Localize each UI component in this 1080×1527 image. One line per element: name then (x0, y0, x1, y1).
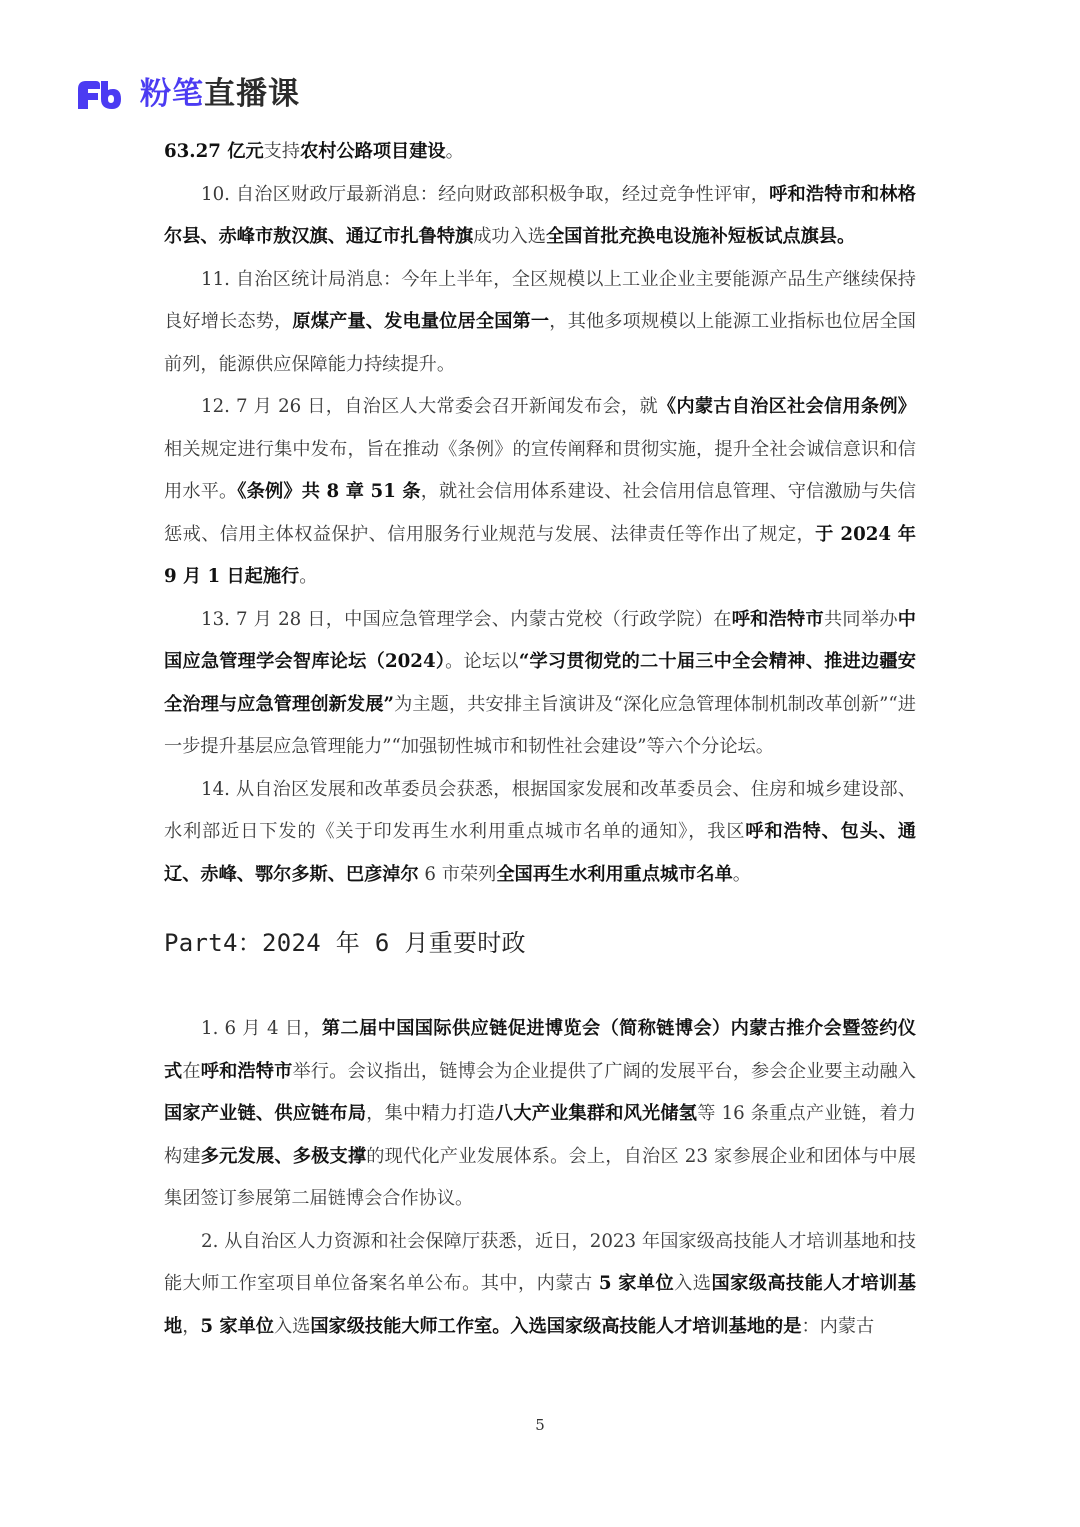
bold-text-run: 农村公路项目建设 (300, 141, 446, 162)
news-paragraph: 12. 7 月 26 日，自治区人大常委会召开新闻发布会，就《内蒙古自治区社会信… (164, 386, 916, 599)
bold-text-run: 原煤产量、发电量位居全国第一 (292, 311, 549, 332)
bold-text-run: 国家级技能大师工作室。入选国家级高技能人才培训基地的是 (310, 1316, 801, 1337)
text-run: ，集中精力打造 (366, 1103, 495, 1124)
bold-text-run: 《条例》共 8 章 51 条 (237, 481, 420, 502)
news-paragraph: 11. 自治区统计局消息：今年上半年，全区规模以上工业企业主要能源产品生产继续保… (164, 259, 916, 387)
text-run: 入选 (674, 1273, 711, 1294)
text-run: 13. 7 月 28 日，中国应急管理学会、内蒙古党校（行政学院）在 (201, 609, 732, 630)
bold-text-run: 《内蒙古自治区社会信用条例》 (658, 396, 916, 417)
brand-name: 粉笔直播课 (140, 74, 300, 114)
bold-text-run: 多元发展、多极支撑 (201, 1146, 366, 1167)
text-run: 1. 6 月 4 日， (201, 1018, 322, 1039)
text-run: 。论坛以 (445, 651, 519, 672)
text-run: 10. 自治区财政厅最新消息：经向财政部积极争取，经过竞争性评审， (201, 184, 769, 205)
text-run: 支持 (264, 141, 300, 162)
bold-text-run: 呼和浩特市 (201, 1061, 293, 1082)
text-run: 举行。会议指出，链博会为企业提供了广阔的发展平台，参会企业要主动融入 (292, 1061, 916, 1082)
document-body: 63.27 亿元支持农村公路项目建设。10. 自治区财政厅最新消息：经向财政部积… (164, 131, 916, 1348)
bold-text-run: 5 家单位 (200, 1316, 274, 1337)
news-paragraph: 13. 7 月 28 日，中国应急管理学会、内蒙古党校（行政学院）在呼和浩特市共… (164, 599, 916, 769)
text-run: 。 (446, 141, 464, 162)
news-paragraph: 14. 从自治区发展和改革委员会获悉，根据国家发展和改革委员会、住房和城乡建设部… (164, 769, 916, 897)
bold-text-run: 全国再生水利用重点城市名单 (496, 864, 732, 885)
text-run: 在 (182, 1061, 200, 1082)
news-paragraph: 1. 6 月 4 日，第二届中国国际供应链促进博览会（简称链博会）内蒙古推介会暨… (164, 1008, 916, 1221)
news-paragraph: 10. 自治区财政厅最新消息：经向财政部积极争取，经过竞争性评审，呼和浩特市和林… (164, 174, 916, 259)
news-paragraph: 63.27 亿元支持农村公路项目建设。 (164, 131, 916, 174)
bold-text-run: 5 家单位 (599, 1273, 674, 1294)
brand-header: 粉笔直播课 (76, 74, 300, 114)
text-run: ：内蒙古 (801, 1316, 874, 1337)
bold-text-run: 呼和浩特市 (732, 609, 824, 630)
text-run: 。 (733, 864, 751, 885)
bold-text-run: 63.27 亿元 (164, 141, 264, 162)
bold-text-run: 全国首批充换电设施补短板试点旗县。 (546, 226, 855, 247)
bold-text-run: 八大产业集群和风光储氢 (495, 1103, 697, 1124)
text-run: 12. 7 月 26 日，自治区人大常委会召开新闻发布会，就 (201, 396, 658, 417)
text-run: 入选 (274, 1316, 310, 1337)
part4-news-list: 1. 6 月 4 日，第二届中国国际供应链促进博览会（简称链博会）内蒙古推介会暨… (164, 1008, 916, 1348)
news-paragraph: 2. 从自治区人力资源和社会保障厅获悉，近日，2023 年国家级高技能人才培训基… (164, 1221, 916, 1349)
brand-name-part2: 直播课 (204, 76, 300, 112)
text-run: ， (182, 1316, 200, 1337)
part3-news-list: 63.27 亿元支持农村公路项目建设。10. 自治区财政厅最新消息：经向财政部积… (164, 131, 916, 896)
text-run: 。 (299, 566, 317, 587)
text-run: 共同举办 (824, 609, 898, 630)
page-number: 5 (0, 1416, 1080, 1434)
bold-text-run: 国家产业链、供应链布局 (164, 1103, 366, 1124)
fb-logo-icon (76, 77, 122, 111)
brand-name-part1: 粉笔 (140, 76, 204, 112)
section-heading: Part4：2024 年 6 月重要时政 (164, 925, 916, 961)
text-run: 成功入选 (473, 226, 546, 247)
text-run: 6 市荣列 (419, 864, 497, 885)
